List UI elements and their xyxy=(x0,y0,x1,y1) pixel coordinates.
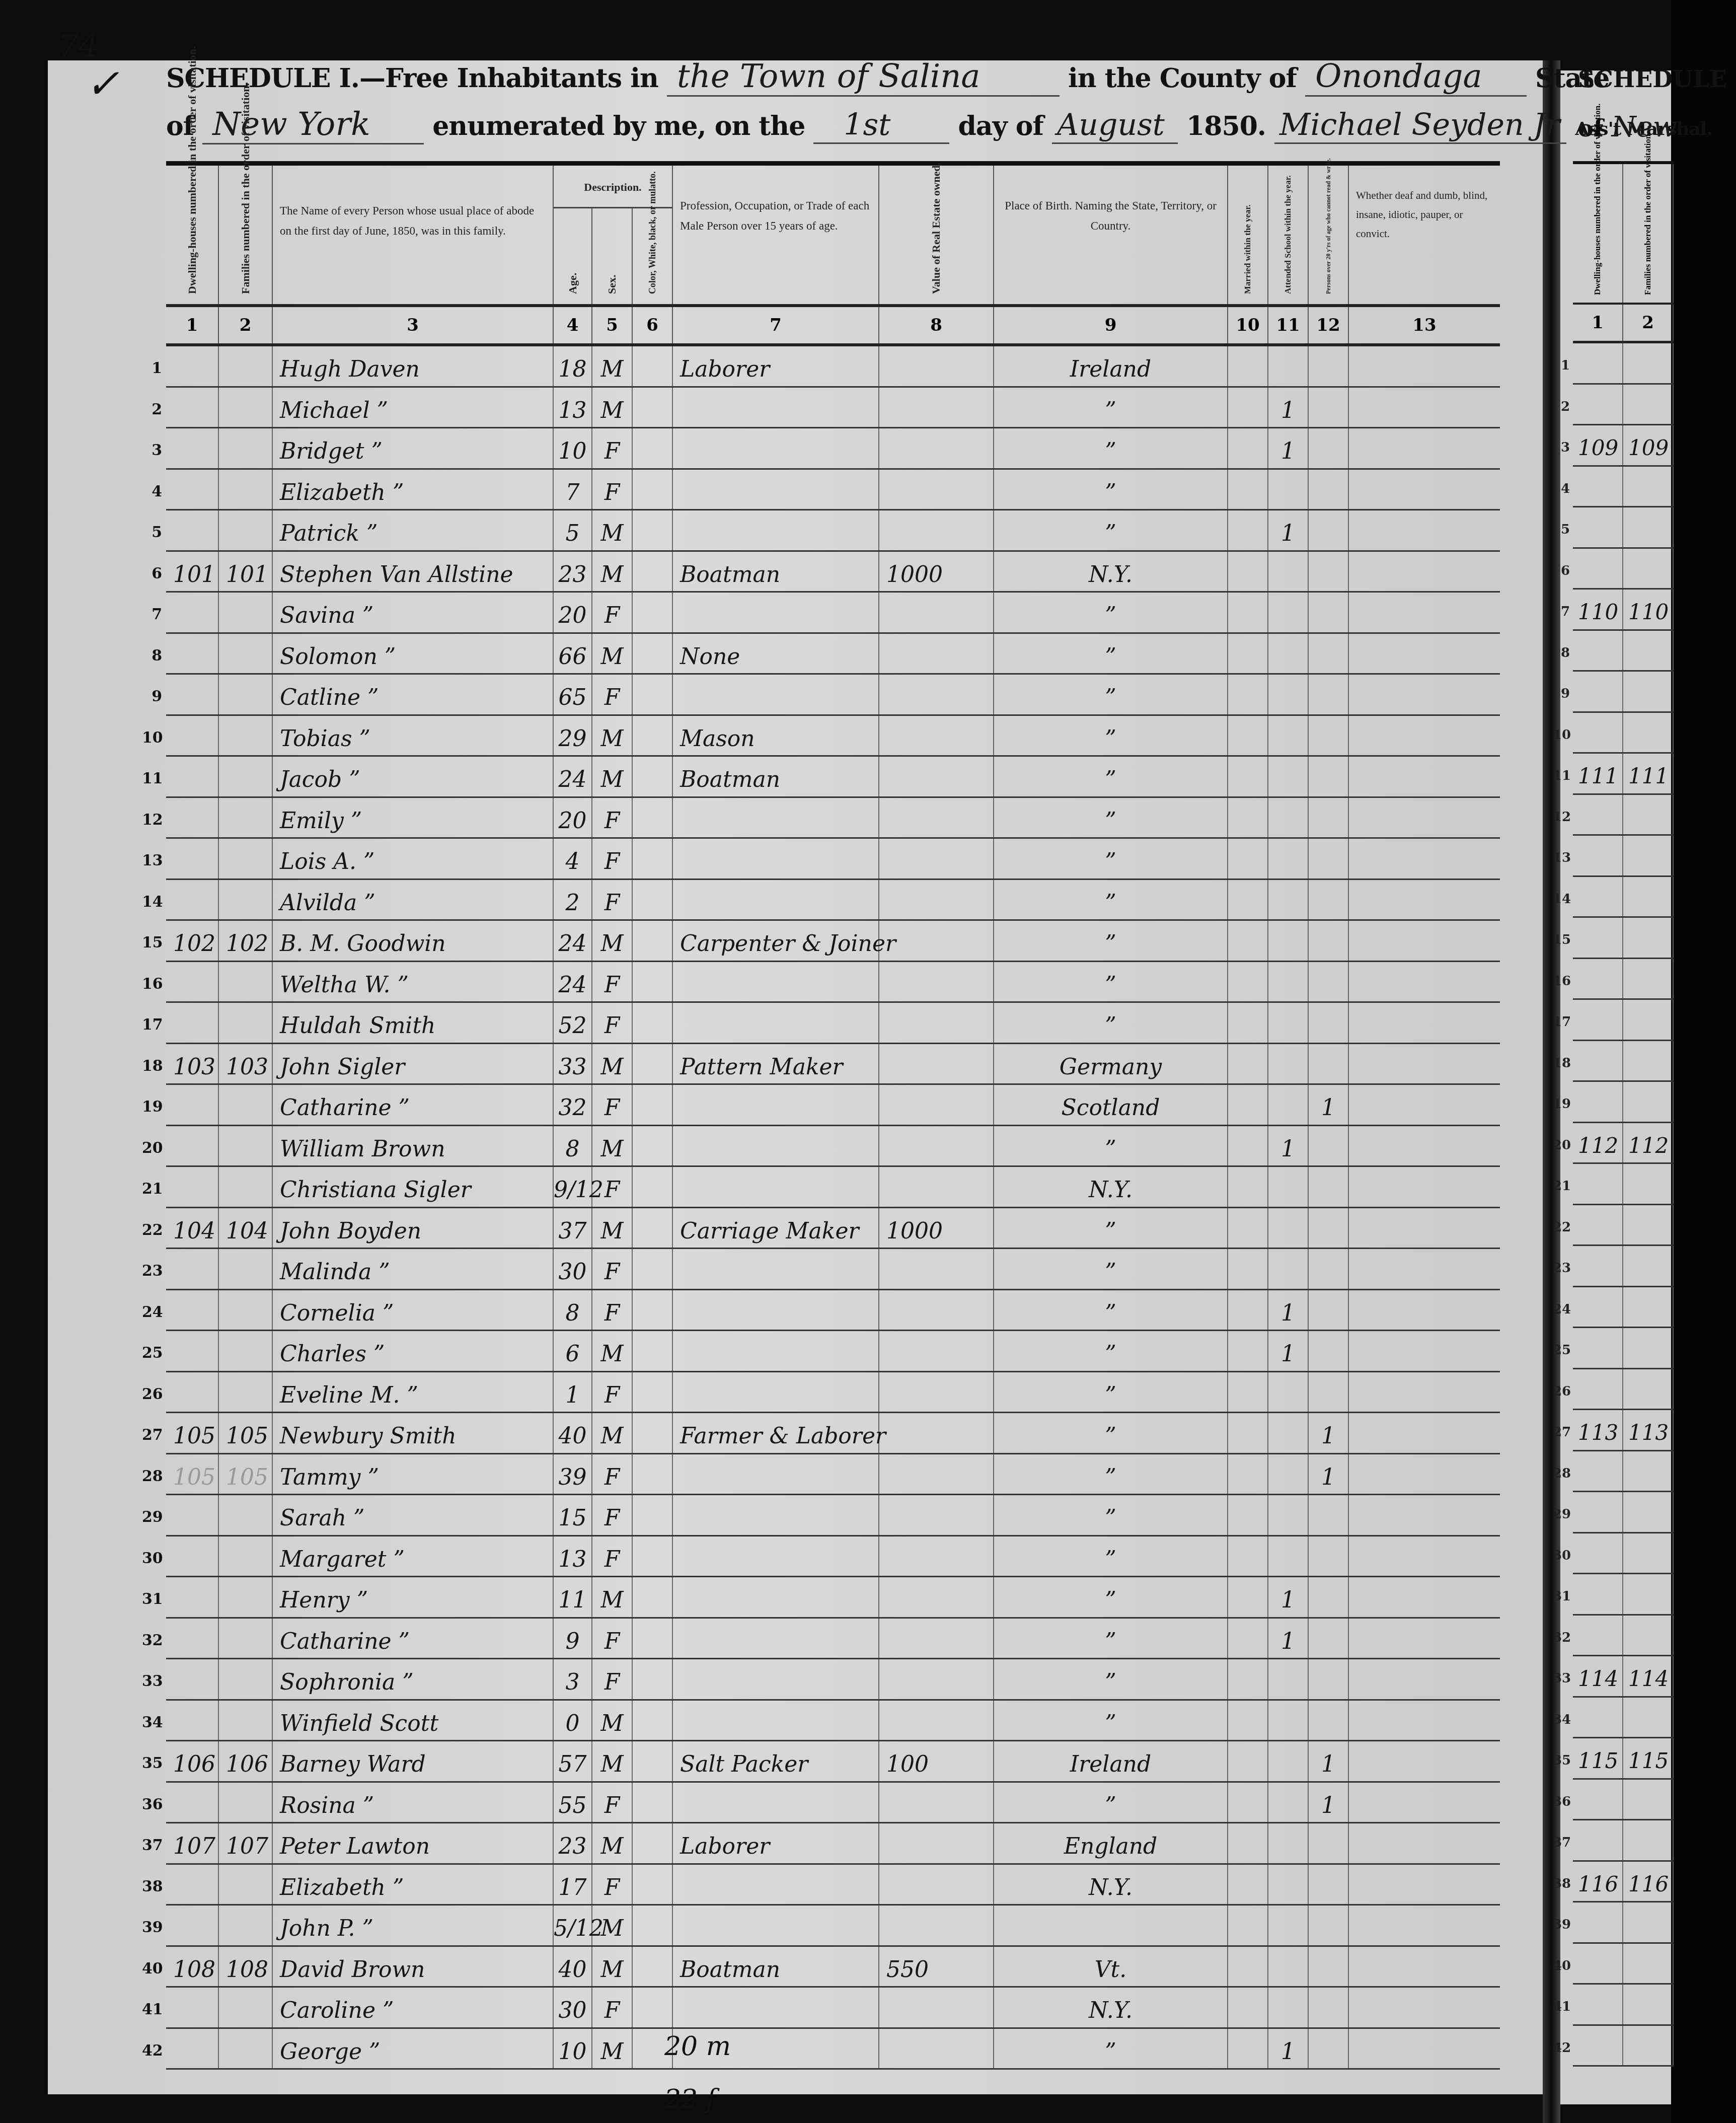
table-row: 29Sarah ”15F” xyxy=(166,1495,1500,1536)
condition-cell xyxy=(1349,593,1500,632)
name-cell: B. M. Goodwin xyxy=(273,921,554,961)
illiterate-cell xyxy=(1309,1906,1349,1945)
color-cell xyxy=(633,346,673,386)
dwelling-cell xyxy=(166,1290,219,1330)
color-cell xyxy=(633,1536,673,1576)
adjacent-family-cell xyxy=(1623,1985,1674,2024)
occupation-cell xyxy=(673,1619,879,1658)
adjacent-dwelling-cell xyxy=(1573,467,1623,506)
occupation-cell xyxy=(673,388,879,427)
col-num-9: 9 xyxy=(994,307,1228,343)
occupation-cell xyxy=(673,510,879,550)
condition-cell xyxy=(1349,798,1500,838)
school-cell xyxy=(1268,1536,1309,1576)
birthplace-cell: ” xyxy=(994,1126,1228,1166)
real-estate-cell xyxy=(879,1619,994,1658)
age-cell: 10 xyxy=(554,428,592,468)
name-cell: Margaret ” xyxy=(273,1536,554,1576)
real-estate-cell xyxy=(879,1454,994,1494)
col-header-school: Attended School within the year. xyxy=(1268,166,1309,304)
adjacent-table-row: 31 xyxy=(1573,1574,1674,1616)
table-row: 19Catharine ”32FScotland1 xyxy=(166,1085,1500,1126)
condition-cell xyxy=(1349,1947,1500,1987)
line-number: 41 xyxy=(142,1988,162,2032)
real-estate-cell xyxy=(879,1865,994,1905)
birthplace-cell: ” xyxy=(994,716,1228,756)
adjacent-family-cell xyxy=(1623,877,1674,917)
adjacent-family-cell xyxy=(1623,959,1674,999)
page-number-note: 74 xyxy=(58,28,99,65)
sex-cell: F xyxy=(592,880,633,920)
table-row: 36Rosina ”55F”1 xyxy=(166,1783,1500,1824)
condition-cell xyxy=(1349,1619,1500,1658)
school-cell xyxy=(1268,839,1309,879)
adjacent-dwelling-cell xyxy=(1573,836,1623,875)
adjacent-dwelling-cell xyxy=(1573,2026,1623,2066)
dwelling-cell xyxy=(166,757,219,796)
age-cell: 9 xyxy=(554,1619,592,1658)
name-cell: Elizabeth ” xyxy=(273,1865,554,1905)
school-cell xyxy=(1268,962,1309,1002)
adjacent-dwelling-cell xyxy=(1573,1041,1623,1081)
school-cell xyxy=(1268,1741,1309,1781)
adjacent-dwelling-cell xyxy=(1573,1246,1623,1286)
condition-cell xyxy=(1349,1823,1500,1863)
dwelling-cell xyxy=(166,1988,219,2027)
table-row: 27105105Newbury Smith40MFarmer & Laborer… xyxy=(166,1413,1500,1454)
condition-cell xyxy=(1349,510,1500,550)
color-cell xyxy=(633,1823,673,1863)
month-field: August xyxy=(1052,107,1178,144)
illiterate-cell xyxy=(1309,1659,1349,1699)
illiterate-cell xyxy=(1309,962,1349,1002)
age-cell: 1 xyxy=(554,1372,592,1412)
line-number: 32 xyxy=(142,1619,162,1663)
adjacent-table-row: 29 xyxy=(1573,1492,1674,1533)
real-estate-cell xyxy=(879,2029,994,2069)
adjacent-col-header-family: Families numbered in the order of visita… xyxy=(1623,164,1674,303)
birthplace-cell: ” xyxy=(994,1413,1228,1453)
adjacent-family-cell xyxy=(1623,1287,1674,1327)
adjacent-dwelling-cell xyxy=(1573,1902,1623,1942)
birthplace-cell: ” xyxy=(994,1249,1228,1289)
adjacent-table-row: 30 xyxy=(1573,1533,1674,1575)
dwelling-cell xyxy=(166,470,219,509)
name-cell: Catharine ” xyxy=(273,1085,554,1125)
real-estate-cell xyxy=(879,1126,994,1166)
color-cell xyxy=(633,1741,673,1781)
condition-cell xyxy=(1349,880,1500,920)
school-cell xyxy=(1268,921,1309,961)
table-row: 37107107Peter Lawton23MLaborerEngland xyxy=(166,1823,1500,1865)
age-cell: 15 xyxy=(554,1495,592,1535)
condition-cell xyxy=(1349,1044,1500,1084)
adjacent-line-number: 36 xyxy=(1553,1780,1570,1824)
table-row: 10Tobias ”29MMason” xyxy=(166,716,1500,757)
adjacent-table-row: 37 xyxy=(1573,1820,1674,1862)
age-cell: 17 xyxy=(554,1865,592,1905)
adjacent-line-number: 19 xyxy=(1553,1082,1570,1126)
adjacent-line-number: 42 xyxy=(1553,2026,1570,2070)
dwelling-cell xyxy=(166,2029,219,2069)
married-cell xyxy=(1228,593,1268,632)
color-cell xyxy=(633,1290,673,1330)
adjacent-line-number: 32 xyxy=(1553,1616,1570,1660)
table-row: 1Hugh Daven18MLaborerIreland xyxy=(166,346,1500,388)
marshal-name-field: Michael Seyden Jr xyxy=(1274,107,1566,144)
adjacent-dwelling-cell xyxy=(1573,1287,1623,1327)
adjacent-family-cell xyxy=(1623,1902,1674,1942)
col-header-occupation: Profession, Occupation, or Trade of each… xyxy=(673,166,879,304)
occupation-cell xyxy=(673,1577,879,1617)
family-cell xyxy=(219,757,273,796)
illiterate-cell xyxy=(1309,388,1349,427)
color-cell xyxy=(633,1619,673,1658)
color-cell xyxy=(633,1003,673,1043)
married-cell xyxy=(1228,1536,1268,1576)
adjacent-table-row: 33114114 xyxy=(1573,1656,1674,1698)
adjacent-table-row: 15 xyxy=(1573,918,1674,959)
sex-cell: M xyxy=(592,1906,633,1945)
school-cell: 1 xyxy=(1268,428,1309,468)
birthplace-cell: ” xyxy=(994,1003,1228,1043)
adjacent-line-number: 6 xyxy=(1553,549,1570,593)
married-cell xyxy=(1228,1577,1268,1617)
name-cell: Stephen Van Allstine xyxy=(273,552,554,592)
adjacent-table-row: 41 xyxy=(1573,1985,1674,2026)
condition-cell xyxy=(1349,388,1500,427)
col-header-real-estate: Value of Real Estate owned. xyxy=(879,166,994,304)
name-cell: Huldah Smith xyxy=(273,1003,554,1043)
family-cell: 105 xyxy=(219,1413,273,1453)
col-num-12: 12 xyxy=(1309,307,1349,343)
table-row: 40108108David Brown40MBoatman550Vt. xyxy=(166,1947,1500,1988)
dwelling-cell xyxy=(166,1619,219,1658)
adjacent-dwelling-cell: 116 xyxy=(1573,1862,1623,1901)
adjacent-line-number: 27 xyxy=(1553,1410,1570,1454)
adjacent-line-number: 7 xyxy=(1553,590,1570,634)
adjacent-table-row: 20112112 xyxy=(1573,1123,1674,1164)
illiterate-cell xyxy=(1309,757,1349,796)
table-header: Dwelling-houses numbered in the order of… xyxy=(166,161,1500,307)
age-cell: 13 xyxy=(554,388,592,427)
adjacent-dwelling-cell xyxy=(1573,1451,1623,1491)
birthplace-cell: N.Y. xyxy=(994,1988,1228,2027)
name-cell: Sarah ” xyxy=(273,1495,554,1535)
illiterate-cell xyxy=(1309,1577,1349,1617)
table-row: 3Bridget ”10F”1 xyxy=(166,428,1500,470)
table-row: 25Charles ”6M”1 xyxy=(166,1331,1500,1372)
color-cell xyxy=(633,510,673,550)
dwelling-cell xyxy=(166,1126,219,1166)
real-estate-cell xyxy=(879,428,994,468)
occupation-cell: Laborer xyxy=(673,346,879,386)
real-estate-cell xyxy=(879,1906,994,1945)
birthplace-cell: ” xyxy=(994,634,1228,674)
adjacent-dwelling-cell xyxy=(1573,672,1623,711)
family-cell xyxy=(219,1003,273,1043)
married-cell xyxy=(1228,1988,1268,2027)
color-cell xyxy=(633,634,673,674)
married-cell xyxy=(1228,1413,1268,1453)
color-cell xyxy=(633,1331,673,1371)
adjacent-table-row: 4 xyxy=(1573,467,1674,508)
name-cell: Charles ” xyxy=(273,1331,554,1371)
school-cell xyxy=(1268,1988,1309,2027)
married-cell xyxy=(1228,1783,1268,1822)
occupation-cell: Laborer xyxy=(673,1823,879,1863)
name-cell: Tammy ” xyxy=(273,1454,554,1494)
dwelling-cell xyxy=(166,1249,219,1289)
married-cell xyxy=(1228,880,1268,920)
line-number: 3 xyxy=(142,428,162,473)
school-cell xyxy=(1268,1865,1309,1905)
sex-cell: F xyxy=(592,1865,633,1905)
birthplace-cell: ” xyxy=(994,1577,1228,1617)
school-cell xyxy=(1268,1906,1309,1945)
name-cell: Catline ” xyxy=(273,675,554,714)
sex-cell: F xyxy=(592,428,633,468)
birthplace-cell xyxy=(994,1906,1228,1945)
name-cell: Hugh Daven xyxy=(273,346,554,386)
sex-cell: M xyxy=(592,1208,633,1248)
dwelling-cell xyxy=(166,1906,219,1945)
table-row: 41Caroline ”30FN.Y. xyxy=(166,1988,1500,2029)
table-row: 13Lois A. ”4F” xyxy=(166,839,1500,880)
married-cell xyxy=(1228,1865,1268,1905)
family-cell xyxy=(219,1906,273,1945)
sex-cell: F xyxy=(592,1290,633,1330)
adjacent-line-number: 25 xyxy=(1553,1328,1570,1372)
adjacent-family-cell: 112 xyxy=(1623,1123,1674,1163)
year: 1850. xyxy=(1186,111,1266,141)
school-cell xyxy=(1268,1413,1309,1453)
color-cell xyxy=(633,388,673,427)
adjacent-table-row: 12 xyxy=(1573,795,1674,836)
real-estate-cell xyxy=(879,1044,994,1084)
family-cell xyxy=(219,1290,273,1330)
adjacent-table-row: 38116116 xyxy=(1573,1862,1674,1903)
sex-cell: M xyxy=(592,346,633,386)
adjacent-line-number: 17 xyxy=(1553,1000,1570,1044)
census-table: Dwelling-houses numbered in the order of… xyxy=(166,161,1500,2070)
adjacent-line-number: 13 xyxy=(1553,836,1570,880)
condition-cell xyxy=(1349,962,1500,1002)
line-number: 20 xyxy=(142,1126,162,1170)
dwelling-cell xyxy=(166,1085,219,1125)
adjacent-dwelling-cell xyxy=(1573,1082,1623,1122)
adjacent-line-number: 20 xyxy=(1553,1123,1570,1167)
adjacent-line-number: 34 xyxy=(1553,1698,1570,1742)
table-row: 9Catline ”65F” xyxy=(166,675,1500,716)
occupation-cell xyxy=(673,428,879,468)
name-cell: Henry ” xyxy=(273,1577,554,1617)
line-number: 42 xyxy=(142,2029,162,2073)
color-cell xyxy=(633,1659,673,1699)
occupation-cell xyxy=(673,1126,879,1166)
occupation-cell xyxy=(673,1495,879,1535)
birthplace-cell: ” xyxy=(994,2029,1228,2069)
adjacent-table-row: 1 xyxy=(1573,343,1674,385)
married-cell xyxy=(1228,1454,1268,1494)
age-cell: 7 xyxy=(554,470,592,509)
color-cell xyxy=(633,1906,673,1945)
condition-cell xyxy=(1349,1208,1500,1248)
adjacent-line-number: 22 xyxy=(1553,1205,1570,1250)
married-cell xyxy=(1228,1290,1268,1330)
sex-cell: F xyxy=(592,839,633,879)
age-cell: 11 xyxy=(554,1577,592,1617)
occupation-cell xyxy=(673,1454,879,1494)
illiterate-cell xyxy=(1309,798,1349,838)
school-cell xyxy=(1268,470,1309,509)
age-cell: 6 xyxy=(554,1331,592,1371)
adjacent-line-number: 35 xyxy=(1553,1738,1570,1783)
table-row: 5Patrick ”5M”1 xyxy=(166,510,1500,552)
adjacent-dwelling-cell xyxy=(1573,1985,1623,2024)
line-number: 33 xyxy=(142,1659,162,1704)
condition-cell xyxy=(1349,1783,1500,1822)
adjacent-family-cell xyxy=(1623,1451,1674,1491)
adjacent-dwelling-cell xyxy=(1573,1820,1623,1860)
birthplace-cell: ” xyxy=(994,1536,1228,1576)
color-cell xyxy=(633,675,673,714)
family-cell xyxy=(219,1783,273,1822)
adjacent-dwelling-cell: 114 xyxy=(1573,1656,1623,1696)
name-cell: William Brown xyxy=(273,1126,554,1166)
adjacent-line-number: 41 xyxy=(1553,1985,1570,2029)
family-cell xyxy=(219,1988,273,2027)
adjacent-dwelling-cell xyxy=(1573,507,1623,547)
adjacent-table: Dwelling-houses numbered in the order of… xyxy=(1573,161,1674,2067)
adjacent-table-row: 9 xyxy=(1573,672,1674,713)
state-field: New York xyxy=(202,106,424,144)
name-cell: David Brown xyxy=(273,1947,554,1987)
adjacent-family-cell xyxy=(1623,836,1674,875)
age-cell: 39 xyxy=(554,1454,592,1494)
enumerated-label: enumerated by me, on the xyxy=(432,111,805,141)
adjacent-family-cell xyxy=(1623,672,1674,711)
married-cell xyxy=(1228,1126,1268,1166)
family-cell xyxy=(219,1577,273,1617)
real-estate-cell xyxy=(879,1659,994,1699)
condition-cell xyxy=(1349,346,1500,386)
occupation-cell xyxy=(673,880,879,920)
adjacent-table-row: 32 xyxy=(1573,1616,1674,1657)
real-estate-cell xyxy=(879,346,994,386)
color-cell xyxy=(633,470,673,509)
dwelling-cell: 105 xyxy=(166,1454,219,1494)
adjacent-dwelling-cell xyxy=(1573,1574,1623,1614)
adjacent-table-row: 5 xyxy=(1573,507,1674,549)
adjacent-table-row: 7110110 xyxy=(1573,590,1674,631)
sex-cell: M xyxy=(592,2029,633,2069)
illiterate-cell xyxy=(1309,1823,1349,1863)
county-field: Onondaga xyxy=(1305,58,1527,97)
line-number: 17 xyxy=(142,1003,162,1047)
birthplace-cell: ” xyxy=(994,428,1228,468)
color-cell xyxy=(633,921,673,961)
dwelling-cell xyxy=(166,1003,219,1043)
illiterate-cell xyxy=(1309,921,1349,961)
name-cell: Jacob ” xyxy=(273,757,554,796)
age-cell: 10 xyxy=(554,2029,592,2069)
real-estate-cell xyxy=(879,1003,994,1043)
table-row: 11Jacob ”24MBoatman” xyxy=(166,757,1500,798)
table-row: 6101101Stephen Van Allstine23MBoatman100… xyxy=(166,552,1500,593)
sex-cell: M xyxy=(592,510,633,550)
table-row: 39John P. ”5/12M xyxy=(166,1906,1500,1947)
occupation-cell xyxy=(673,1249,879,1289)
illiterate-cell xyxy=(1309,2029,1349,2069)
col-header-dwelling: Dwelling-houses numbered in the order of… xyxy=(166,166,219,304)
family-cell xyxy=(219,675,273,714)
married-cell xyxy=(1228,1495,1268,1535)
name-cell: John P. ” xyxy=(273,1906,554,1945)
table-row: 12Emily ”20F” xyxy=(166,798,1500,839)
condition-cell xyxy=(1349,1454,1500,1494)
line-number: 40 xyxy=(142,1947,162,1991)
occupation-cell xyxy=(673,1988,879,2027)
condition-cell xyxy=(1349,470,1500,509)
dwelling-cell xyxy=(166,798,219,838)
adjacent-family-cell: 114 xyxy=(1623,1656,1674,1696)
real-estate-cell xyxy=(879,634,994,674)
birthplace-cell: N.Y. xyxy=(994,1865,1228,1905)
age-cell: 66 xyxy=(554,634,592,674)
adjacent-line-number: 9 xyxy=(1553,672,1570,716)
birthplace-cell: ” xyxy=(994,510,1228,550)
adjacent-family-cell xyxy=(1623,631,1674,671)
illiterate-cell: 1 xyxy=(1309,1085,1349,1125)
sex-cell: M xyxy=(592,1577,633,1617)
name-cell: Barney Ward xyxy=(273,1741,554,1781)
adjacent-family-cell xyxy=(1623,1574,1674,1614)
dwelling-cell: 103 xyxy=(166,1044,219,1084)
condition-cell xyxy=(1349,1865,1500,1905)
adjacent-family-cell xyxy=(1623,1246,1674,1286)
real-estate-cell xyxy=(879,798,994,838)
family-cell xyxy=(219,1249,273,1289)
illiterate-cell: 1 xyxy=(1309,1741,1349,1781)
adjacent-line-number: 29 xyxy=(1553,1492,1570,1536)
condition-cell xyxy=(1349,1577,1500,1617)
col-num-11: 11 xyxy=(1268,307,1309,343)
dwelling-cell xyxy=(166,1783,219,1822)
adjacent-dwelling-cell: 110 xyxy=(1573,590,1623,629)
birthplace-cell: ” xyxy=(994,757,1228,796)
adjacent-table-row: 40 xyxy=(1573,1944,1674,1985)
adjacent-dwelling-cell: 112 xyxy=(1573,1123,1623,1163)
family-cell xyxy=(219,388,273,427)
table-row: 38Elizabeth ”17FN.Y. xyxy=(166,1865,1500,1906)
condition-cell xyxy=(1349,2029,1500,2069)
dwelling-cell xyxy=(166,634,219,674)
family-cell xyxy=(219,962,273,1002)
adjacent-table-row: 18 xyxy=(1573,1041,1674,1082)
color-cell xyxy=(633,1085,673,1125)
dwelling-cell: 108 xyxy=(166,1947,219,1987)
female-tally: 22 f xyxy=(664,2084,716,2114)
adjacent-dwelling-cell xyxy=(1573,877,1623,917)
real-estate-cell xyxy=(879,1577,994,1617)
occupation-cell xyxy=(673,1003,879,1043)
condition-cell xyxy=(1349,1659,1500,1699)
age-cell: 5 xyxy=(554,510,592,550)
school-cell: 1 xyxy=(1268,1577,1309,1617)
adjacent-line-number: 28 xyxy=(1553,1451,1570,1496)
adjacent-line-number: 15 xyxy=(1553,918,1570,962)
